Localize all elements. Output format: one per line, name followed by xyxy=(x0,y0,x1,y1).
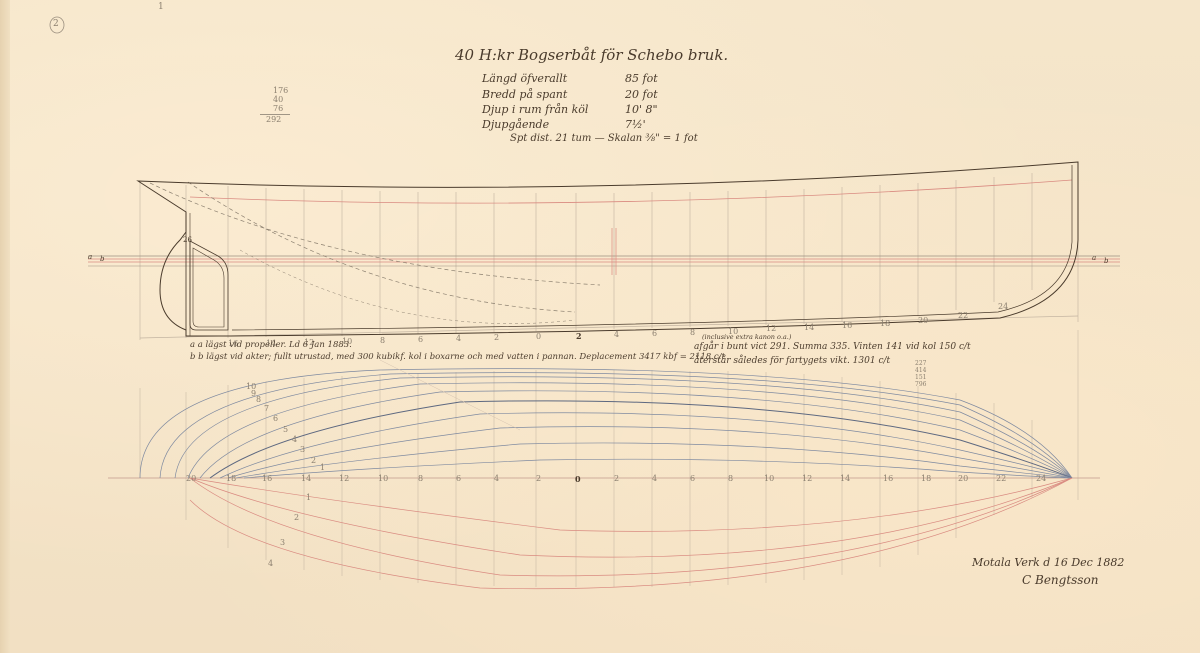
pencil-sum-total: 292 xyxy=(266,115,281,124)
station-label-26: 26 xyxy=(183,236,192,244)
profile-station-label: 18 xyxy=(880,319,890,328)
plan-station-label: 2 xyxy=(536,474,541,483)
profile-station-label: 8 xyxy=(380,336,385,345)
plan-station-label: 8 xyxy=(418,474,423,483)
profile-station-label: 4 xyxy=(614,330,619,339)
plan-station-label: 18 xyxy=(226,474,236,483)
signature-name: C Bengtsson xyxy=(1022,573,1098,587)
plan-station-label: 14 xyxy=(301,474,311,483)
spec-value-beam: 20 fot xyxy=(625,88,658,101)
waterline-label: 5 xyxy=(283,425,288,434)
profile-station-label: 6 xyxy=(418,335,423,344)
spec-label-beam: Bredd på spant xyxy=(482,88,567,101)
plan-station-label: 4 xyxy=(494,474,499,483)
spec-value-length: 85 fot xyxy=(625,72,658,85)
svg-text:b: b xyxy=(1104,257,1109,265)
ship-drawing-sheet: a b a b xyxy=(0,0,1200,653)
waterline-label: 2 xyxy=(311,456,316,465)
pencil-sum-right-3: 151 xyxy=(915,374,926,381)
profile-station-label: 6 xyxy=(652,329,657,338)
plan-station-label-midship: 0 xyxy=(575,474,581,484)
profile-station-label: 2 xyxy=(494,333,499,342)
waterline-label: 1 xyxy=(320,463,325,472)
place-date: Motala Verk d 16 Dec 1882 xyxy=(972,556,1124,569)
pencil-sum-right-total: 796 xyxy=(915,381,926,388)
profile-station-label: 0 xyxy=(536,332,541,341)
note-line-b: b b lägst vid akter; fullt utrustad, med… xyxy=(190,352,725,362)
note-line-a: a a lägst vid propeller. Ld 6 Jan 1883. xyxy=(190,340,352,350)
note-inclusive: (inclusive extra kanon o.a.) xyxy=(702,333,791,341)
svg-text:b: b xyxy=(100,255,105,263)
pencil-sum-3: 76 xyxy=(273,104,283,113)
waterline-label: 3 xyxy=(300,445,305,454)
profile-station-label: 12 xyxy=(766,324,776,333)
plan-view xyxy=(108,330,1100,589)
plan-station-label: 20 xyxy=(186,474,196,483)
pencil-sum-right-2: 414 xyxy=(915,367,926,374)
profile-station-label: 8 xyxy=(690,328,695,337)
note-weights: afgår i bunt vict 291. Summa 335. Vinten… xyxy=(694,342,971,352)
plan-station-label: 8 xyxy=(728,474,733,483)
waterline-label: 8 xyxy=(256,395,261,404)
spec-label-draft: Djupgående xyxy=(482,118,549,131)
plan-station-label: 6 xyxy=(456,474,461,483)
buttock-label: 4 xyxy=(268,559,273,568)
spec-value-depth: 10' 8" xyxy=(625,103,658,116)
profile-station-label: 4 xyxy=(456,334,461,343)
pencil-sum-right-1: 227 xyxy=(915,360,926,367)
profile-station-label: 24 xyxy=(998,302,1008,311)
buttock-label: 2 xyxy=(294,513,299,522)
pencil-sum-1: 176 xyxy=(273,86,288,95)
waterline-label: 7 xyxy=(264,404,269,413)
buttock-label: 1 xyxy=(306,493,311,502)
waterline-label: 6 xyxy=(273,414,278,423)
profile-station-label-midship: 2 xyxy=(576,331,582,341)
plan-station-label: 2 xyxy=(614,474,619,483)
spec-value-draft: 7½' xyxy=(625,118,646,131)
plan-station-label: 6 xyxy=(690,474,695,483)
profile-station-label: 20 xyxy=(918,316,928,325)
spec-label-depth: Djup i rum från köl xyxy=(482,103,588,116)
svg-text:a: a xyxy=(88,253,92,261)
sheet-number: 2 xyxy=(53,19,59,29)
scale-note: Spt dist. 21 tum — Skalan ⅜" = 1 fot xyxy=(510,133,698,144)
note-hull-weight: återstår således för fartygets vikt. 130… xyxy=(694,356,890,366)
plan-station-label: 18 xyxy=(921,474,931,483)
plan-station-label: 20 xyxy=(958,474,968,483)
plan-station-label: 16 xyxy=(262,474,272,483)
svg-text:a: a xyxy=(1092,254,1096,262)
plan-station-label: 12 xyxy=(339,474,349,483)
plan-station-label: 4 xyxy=(652,474,657,483)
drawing-title: 40 H:kr Bogserbåt för Schebo bruk. xyxy=(455,46,728,64)
profile-station-label: 16 xyxy=(842,321,852,330)
plan-station-label: 10 xyxy=(378,474,388,483)
plan-station-label: 16 xyxy=(883,474,893,483)
corner-mark: 1 xyxy=(158,2,164,12)
buttock-label: 3 xyxy=(280,538,285,547)
pencil-sum-2: 40 xyxy=(273,95,283,104)
plan-station-label: 14 xyxy=(840,474,850,483)
plan-station-label: 22 xyxy=(996,474,1006,483)
profile-station-label: 14 xyxy=(804,323,814,332)
spec-label-length: Längd öfverallt xyxy=(482,72,567,85)
plan-station-label: 10 xyxy=(764,474,774,483)
waterline-label: 4 xyxy=(292,435,297,444)
plan-station-label: 24 xyxy=(1036,474,1046,483)
profile-station-label: 22 xyxy=(958,311,968,320)
plan-station-label: 12 xyxy=(802,474,812,483)
